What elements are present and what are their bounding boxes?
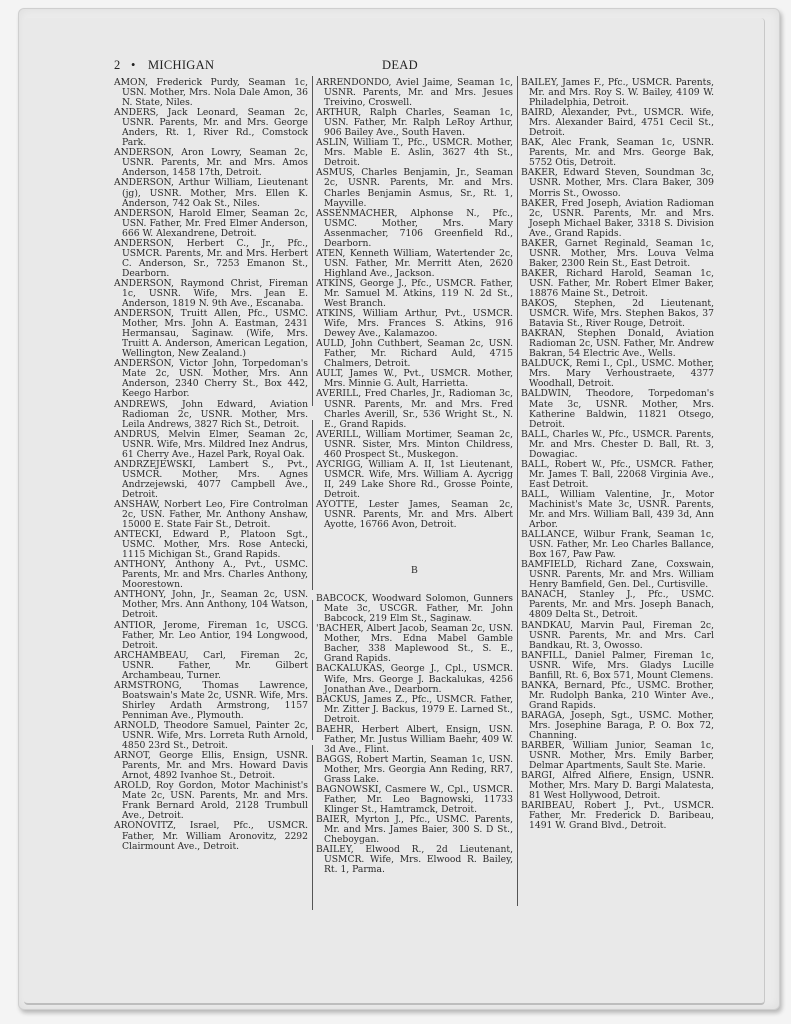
casualty-entry: BAILEY, James F., Pfc., USMCR. Parents, … bbox=[521, 78, 714, 108]
casualty-entry: BAEHR, Herbert Albert, Ensign, USN. Fath… bbox=[316, 725, 513, 755]
column-divider bbox=[312, 76, 313, 406]
casualty-entry: ARMSTRONG, Thomas Lawrence, Boatswain's … bbox=[114, 681, 308, 721]
casualty-entry: ANDERSON, Victor John, Torpedoman's Mate… bbox=[114, 359, 308, 399]
entry-details: , John Cuthbert, Seaman 2c, USN. Father,… bbox=[324, 338, 513, 369]
state-name: MICHIGAN bbox=[148, 58, 214, 73]
entry-details: , Frederick Purdy, Seaman 1c, USN. Mothe… bbox=[122, 77, 308, 108]
casualty-entry: ANSHAW, Norbert Leo, Fire Controlman 2c,… bbox=[114, 500, 308, 530]
casualty-entry: BALDWIN, Theodore, Torpedoman's Mate 3c,… bbox=[521, 389, 714, 429]
casualty-entry: AROLD, Roy Gordon, Motor Machinist's Mat… bbox=[114, 781, 308, 821]
casualty-entry: BALDUCK, Remi I., Cpl., USMC. Mother, Mr… bbox=[521, 359, 714, 389]
casualty-entry: BABCOCK, Woodward Solomon, Gunners Mate … bbox=[316, 594, 513, 624]
casualty-entry: BAKER, Edward Steven, Soundman 3c, USNR.… bbox=[521, 168, 714, 198]
column-1: AMON, Frederick Purdy, Seaman 1c, USN. M… bbox=[114, 78, 308, 852]
casualty-entry: BAIER, Myrton J., Pfc., USMC. Parents, M… bbox=[316, 815, 513, 845]
casualty-entry: ANDERSON, Arthur William, Lieutenant (jg… bbox=[114, 178, 308, 208]
page-number: 2 bbox=[114, 58, 121, 73]
column-divider bbox=[312, 745, 313, 910]
casualty-entry: ANDERSON, Truitt Allen, Pfc., USMC. Moth… bbox=[114, 309, 308, 359]
casualty-entry: ASLIN, William T., Pfc., USMCR. Mother, … bbox=[316, 138, 513, 168]
casualty-entry: ARONOVITZ, Israel, Pfc., USMCR. Father, … bbox=[114, 821, 308, 851]
casualty-entry: ANDRUS, Melvin Elmer, Seaman 2c, USNR. W… bbox=[114, 430, 308, 460]
entry-details: , Alfred Alfiere, Ensign, USNR. Mother, … bbox=[529, 770, 714, 801]
entry-details: , George Ellis, Ensign, USNR. Parents, M… bbox=[122, 750, 308, 781]
casualty-entry: BARIBEAU, Robert J., Pvt., USMCR. Father… bbox=[521, 801, 714, 831]
casualty-entry: ATEN, Kenneth William, Watertender 2c, U… bbox=[316, 249, 513, 279]
casualty-entry: BANACH, Stanley J., Pfc., USMC. Parents,… bbox=[521, 590, 714, 620]
casualty-entry: ANDERS, Jack Leonard, Seaman 2c, USNR. P… bbox=[114, 108, 308, 148]
casualty-entry: ANDERSON, Aron Lowry, Seaman 2c, USNR. P… bbox=[114, 148, 308, 178]
casualty-entry: BAIRD, Alexander, Pvt., USMCR. Wife, Mrs… bbox=[521, 108, 714, 138]
entry-details: , Edward Steven, Soundman 3c, USNR. Moth… bbox=[529, 167, 714, 198]
entry-details: , Alec Frank, Seaman 1c, USNR. Parents, … bbox=[529, 137, 714, 168]
casualty-entry: BARAGA, Joseph, Sgt., USMC. Mother, Mrs.… bbox=[521, 711, 714, 741]
casualty-entry: BAGGS, Robert Martin, Seaman 1c, USN. Mo… bbox=[316, 755, 513, 785]
casualty-entry: BARBER, William Junior, Seaman 1c, USNR.… bbox=[521, 741, 714, 771]
casualty-entry: BAGNOWSKI, Casmere W., Cpl., USMCR. Fath… bbox=[316, 785, 513, 815]
casualty-entry: AMON, Frederick Purdy, Seaman 1c, USN. M… bbox=[114, 78, 308, 108]
column-divider bbox=[312, 420, 313, 590]
casualty-entry: ATKINS, William Arthur, Pvt., USMCR. Wif… bbox=[316, 309, 513, 339]
casualty-entry: ANDREWS, John Edward, Aviation Radioman … bbox=[114, 400, 308, 430]
casualty-entry: BAKER, Richard Harold, Seaman 1c, USN. F… bbox=[521, 269, 714, 299]
entry-details: , Bernard, Pfc., USMC. Brother, Mr. Rudo… bbox=[529, 680, 714, 711]
casualty-entry: ARNOLD, Theodore Samuel, Painter 2c, USN… bbox=[114, 721, 308, 751]
casualty-entry: ANTECKI, Edward P., Platoon Sgt., USMC. … bbox=[114, 530, 308, 560]
entry-details: , Richard Harold, Seaman 1c, USN. Father… bbox=[529, 268, 714, 299]
casualty-entry: ANDERSON, Raymond Christ, Fireman 1c, US… bbox=[114, 279, 308, 309]
casualty-entry: BAK, Alec Frank, Seaman 1c, USNR. Parent… bbox=[521, 138, 714, 168]
casualty-entry: BAKRAN, Stephen Donald, Aviation Radioma… bbox=[521, 329, 714, 359]
page-header: 2 • MICHIGAN DEAD bbox=[114, 58, 714, 74]
casualty-entry: ANTIOR, Jerome, Fireman 1c, USCG. Father… bbox=[114, 621, 308, 651]
entry-details: , Fred Joseph, Aviation Radioman 2c, USN… bbox=[529, 198, 714, 239]
column-3: BAILEY, James F., Pfc., USMCR. Parents, … bbox=[521, 78, 714, 832]
casualty-entry: ARTHUR, Ralph Charles, Seaman 1c, USN. F… bbox=[316, 108, 513, 138]
section-title: DEAD bbox=[382, 58, 418, 73]
casualty-entry: ANDRZEJEWSKI, Lambert S., Pvt., USMCR. M… bbox=[114, 460, 308, 500]
casualty-entry: BAKER, Fred Joseph, Aviation Radioman 2c… bbox=[521, 199, 714, 239]
entry-details: , Garnet Reginald, Seaman 1c, USNR. Moth… bbox=[529, 238, 714, 269]
entry-details: , Charles W., Pfc., USMCR. Parents, Mr. … bbox=[529, 429, 714, 460]
column-divider bbox=[312, 600, 313, 740]
casualty-entry: BACKALUKAS, George J., Cpl., USMCR. Wife… bbox=[316, 664, 513, 694]
entry-details: , Herbert Albert, Ensign, USN. Father, M… bbox=[324, 724, 513, 755]
entry-details: , George J., Pfc., USMCR. Father, Mr. Sa… bbox=[324, 278, 513, 309]
entry-details: , Roy Gordon, Motor Machinist's Mate 2c,… bbox=[122, 780, 308, 821]
casualty-entry: BANDKAU, Marvin Paul, Fireman 2c, USNR. … bbox=[521, 621, 714, 651]
casualty-entry: ASSENMACHER, Alphonse N., Pfc., USMC. Mo… bbox=[316, 209, 513, 249]
column-2: ARRENDONDO, Aviel Jaime, Seaman 1c, USNR… bbox=[316, 78, 513, 875]
casualty-entry: ANDERSON, Herbert C., Jr., Pfc., USMCR. … bbox=[114, 239, 308, 279]
letter-heading: B bbox=[316, 566, 513, 576]
casualty-entry: ARNOT, George Ellis, Ensign, USNR. Paren… bbox=[114, 751, 308, 781]
casualty-entry: ARRENDONDO, Aviel Jaime, Seaman 1c, USNR… bbox=[316, 78, 513, 108]
casualty-entry: BALLANCE, Wilbur Frank, Seaman 1c, USN. … bbox=[521, 530, 714, 560]
casualty-entry: AYOTTE, Lester James, Seaman 2c, USNR. P… bbox=[316, 500, 513, 530]
casualty-entry: BALL, Robert W., Pfc., USMCR. Father, Mr… bbox=[521, 460, 714, 490]
column-2-a-entries: ARRENDONDO, Aviel Jaime, Seaman 1c, USNR… bbox=[316, 78, 513, 530]
casualty-entry: ASMUS, Charles Benjamin, Jr., Seaman 2c,… bbox=[316, 168, 513, 208]
entry-details: , James F., Pfc., USMCR. Parents, Mr. an… bbox=[529, 77, 714, 108]
casualty-entry: 'BACHER, Albert Jacob, Seaman 2c, USN. M… bbox=[316, 624, 513, 664]
casualty-entry: AVERILL, Fred Charles, Jr., Radioman 3c,… bbox=[316, 389, 513, 429]
casualty-entry: ANTHONY, John, Jr., Seaman 2c, USN. Moth… bbox=[114, 590, 308, 620]
casualty-entry: ATKINS, George J., Pfc., USMCR. Father, … bbox=[316, 279, 513, 309]
entry-details: , James W., Pvt., USMCR. Mother, Mrs. Mi… bbox=[324, 368, 513, 389]
casualty-entry: AULD, John Cuthbert, Seaman 2c, USN. Fat… bbox=[316, 339, 513, 369]
casualty-entry: ANDERSON, Harold Elmer, Seaman 2c, USN. … bbox=[114, 209, 308, 239]
casualty-entry: ARCHAMBEAU, Carl, Fireman 2c, USNR. Fath… bbox=[114, 651, 308, 681]
casualty-entry: AVERILL, William Mortimer, Seaman 2c, US… bbox=[316, 430, 513, 460]
casualty-entry: BALL, Charles W., Pfc., USMCR. Parents, … bbox=[521, 430, 714, 460]
entry-details: , Myrton J., Pfc., USMC. Parents, Mr. an… bbox=[324, 814, 513, 845]
casualty-entry: AYCRIGG, William A. II, 1st Lieutenant, … bbox=[316, 460, 513, 500]
casualty-entry: BARGI, Alfred Alfiere, Ensign, USNR. Mot… bbox=[521, 771, 714, 801]
entry-details: , Stephen, 2d Lieutenant, USMCR. Wife, M… bbox=[529, 298, 714, 329]
casualty-entry: BAKOS, Stephen, 2d Lieutenant, USMCR. Wi… bbox=[521, 299, 714, 329]
entry-details: , Kenneth William, Watertender 2c, USN. … bbox=[324, 248, 513, 279]
casualty-entry: BANFILL, Daniel Palmer, Fireman 1c, USNR… bbox=[521, 651, 714, 681]
entry-details: , Robert W., Pfc., USMCR. Father, Mr. Ja… bbox=[529, 459, 714, 490]
casualty-entry: ANTHONY, Anthony A., Pvt., USMC. Parents… bbox=[114, 560, 308, 590]
entry-details: , Alexander, Pvt., USMCR. Wife, Mrs. Ale… bbox=[529, 107, 714, 138]
casualty-entry: BAMFIELD, Richard Zane, Coxswain, USNR. … bbox=[521, 560, 714, 590]
casualty-entry: BANKA, Bernard, Pfc., USMC. Brother, Mr.… bbox=[521, 681, 714, 711]
casualty-entry: AULT, James W., Pvt., USMCR. Mother, Mrs… bbox=[316, 369, 513, 389]
entry-details: , Elwood R., 2d Lieutenant, USMCR. Wife,… bbox=[324, 844, 513, 875]
casualty-entry: BACKUS, James Z., Pfc., USMCR. Father, M… bbox=[316, 695, 513, 725]
entry-details: , Robert Martin, Seaman 1c, USN. Mother,… bbox=[324, 754, 513, 785]
column-divider bbox=[517, 76, 518, 906]
entry-details: , William Valentine, Jr., Motor Machinis… bbox=[529, 489, 714, 530]
entry-details: , Charles Benjamin, Jr., Seaman 2c, USNR… bbox=[324, 167, 513, 208]
column-2-b-entries: BABCOCK, Woodward Solomon, Gunners Mate … bbox=[316, 594, 513, 875]
casualty-entry: BALL, William Valentine, Jr., Motor Mach… bbox=[521, 490, 714, 530]
entry-details: , William T., Pfc., USMCR. Mother, Mrs. … bbox=[324, 137, 513, 168]
casualty-entry: BAKER, Garnet Reginald, Seaman 1c, USNR.… bbox=[521, 239, 714, 269]
casualty-entry: BAILEY, Elwood R., 2d Lieutenant, USMCR.… bbox=[316, 845, 513, 875]
bullet-icon: • bbox=[131, 58, 136, 73]
entry-details: , William Arthur, Pvt., USMCR. Wife, Mrs… bbox=[324, 308, 513, 339]
